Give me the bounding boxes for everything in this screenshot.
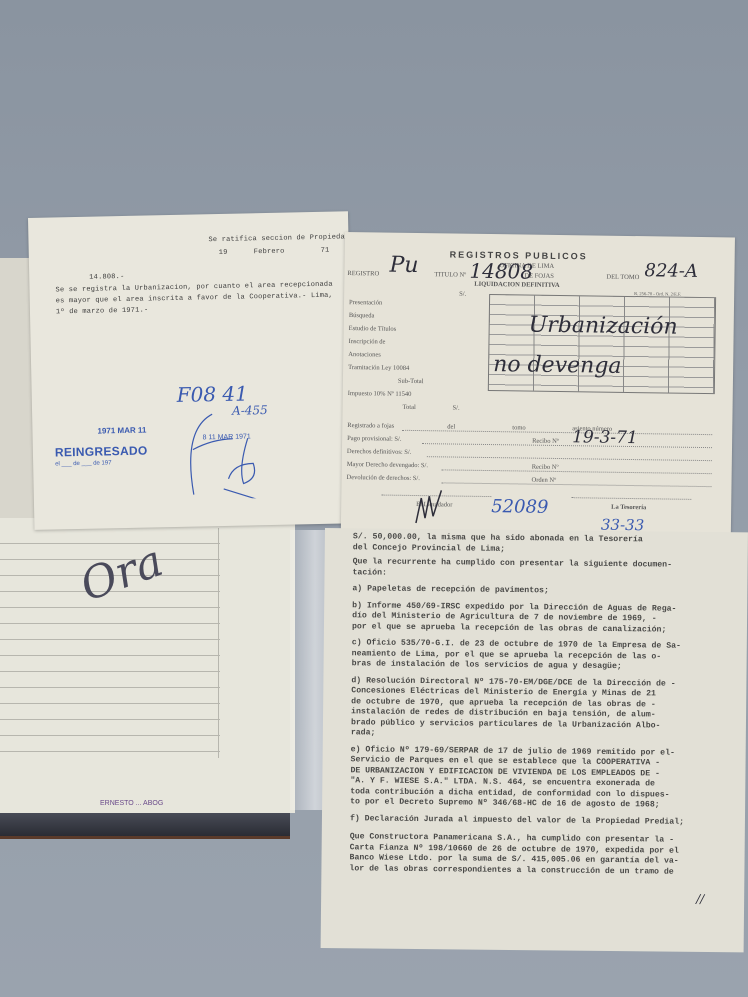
bottom-stamp: ERNESTO ... ABOG bbox=[100, 800, 163, 807]
section-title: LIQUIDACION DEFINITIVA bbox=[474, 281, 559, 289]
typed-line: por el que se aprueba la recepción de la… bbox=[352, 622, 686, 636]
dotted-line bbox=[442, 469, 712, 474]
header-day: 19 bbox=[219, 249, 228, 257]
stamp-line: el ___ de ___ de 197 bbox=[55, 460, 112, 467]
typed-line: bras de instalación de los servicios de … bbox=[352, 659, 686, 673]
body-line: 1º de marzo de 1971.- bbox=[56, 307, 149, 317]
dotted-line bbox=[422, 443, 712, 448]
signature-icon bbox=[411, 488, 452, 529]
typed-lines: S/. 50,000.00, la misma que ha sido abon… bbox=[349, 532, 687, 877]
item-total: Total bbox=[403, 404, 416, 411]
total-currency: S/. bbox=[453, 405, 460, 412]
item-impuesto: Impuesto 10% Nº 11540 bbox=[348, 390, 412, 398]
item-presentacion: Presentación bbox=[349, 299, 382, 306]
stamp-date: 1971 MAR 11 bbox=[97, 426, 146, 436]
registro-value: Pu bbox=[389, 253, 418, 278]
dotted-line bbox=[402, 430, 712, 435]
liquidation-grid bbox=[488, 294, 716, 394]
tomo-label: DEL TOMO bbox=[606, 274, 639, 281]
currency-label: S/. bbox=[459, 291, 466, 298]
header-line: Se ratifica seccion de Propiedad bbox=[208, 233, 349, 244]
registrado-label: Registrado a fojas bbox=[347, 422, 394, 430]
book-spine bbox=[0, 812, 290, 839]
signature-line-right bbox=[571, 497, 691, 500]
typed-line: f) Declaración Jurada al impuesto del va… bbox=[350, 814, 684, 828]
item-subtotal: Sub-Total bbox=[398, 378, 424, 385]
typed-resolution-page: S/. 50,000.00, la misma que ha sido abon… bbox=[321, 528, 748, 952]
left-lined-page: Ora ERNESTO ... ABOG bbox=[0, 518, 295, 813]
ruled-margin bbox=[218, 528, 219, 758]
typed-line: lor de las obras correspondientes a la c… bbox=[349, 864, 683, 878]
item-busqueda: Búsqueda bbox=[349, 312, 375, 319]
grid-handwriting-1: Urbanización bbox=[529, 313, 678, 340]
fojas-label: DE FOJAS bbox=[524, 273, 554, 280]
reingresado-stamp: REINGRESADO bbox=[55, 444, 148, 460]
body-line: es mayor que el area inscrita a favor de… bbox=[56, 292, 333, 306]
item-estudio: Estudio de Títulos bbox=[349, 325, 397, 333]
derechos-label: Derechos definitivos: S/. bbox=[347, 448, 412, 456]
grid-handwriting-2: no devenga bbox=[493, 352, 622, 379]
registro-form-page: REGISTROS PUBLICOS OFICINA DE LIMA REGIS… bbox=[341, 232, 735, 542]
typed-line: a) Papeletas de recepción de pavimentos; bbox=[352, 584, 686, 598]
left-upper-page: Se ratifica seccion de Propiedad 19 Febr… bbox=[28, 211, 354, 530]
page-end-mark: // bbox=[696, 892, 704, 906]
dotted-line bbox=[441, 482, 711, 487]
titulo-label: TITULO Nº bbox=[434, 271, 466, 278]
registro-label: REGISTRO bbox=[347, 270, 379, 277]
mayor-derecho-label: Mayor Derecho devengado: S/. bbox=[347, 461, 428, 469]
devolucion-label: Devolución de derechos: S/. bbox=[347, 474, 420, 482]
item-anotaciones: Anotaciones bbox=[348, 351, 381, 358]
typed-line: rada; bbox=[351, 728, 685, 742]
pago-label: Pago provisional: S/. bbox=[347, 435, 401, 443]
dotted-line bbox=[427, 456, 712, 461]
stamp-number: 52089 bbox=[491, 496, 549, 518]
item-tramitacion: Tramitación Ley 10084 bbox=[348, 364, 409, 372]
ref-number: 14.808.- bbox=[89, 273, 124, 282]
typed-line: del Concejo Provincial de Lima; bbox=[353, 543, 687, 557]
signature-right-label: La Tesorería bbox=[611, 504, 646, 511]
tomo-value: 824-A bbox=[644, 260, 698, 282]
typed-line: tación: bbox=[352, 568, 686, 582]
header-month: Febrero bbox=[254, 248, 285, 257]
item-inscripcion: Inscripción de bbox=[348, 338, 385, 346]
typed-line: to por el Decreto Supremo Nº 346/68-HC d… bbox=[350, 797, 684, 811]
header-year: 71 bbox=[321, 247, 330, 255]
signature-icon bbox=[182, 408, 274, 500]
